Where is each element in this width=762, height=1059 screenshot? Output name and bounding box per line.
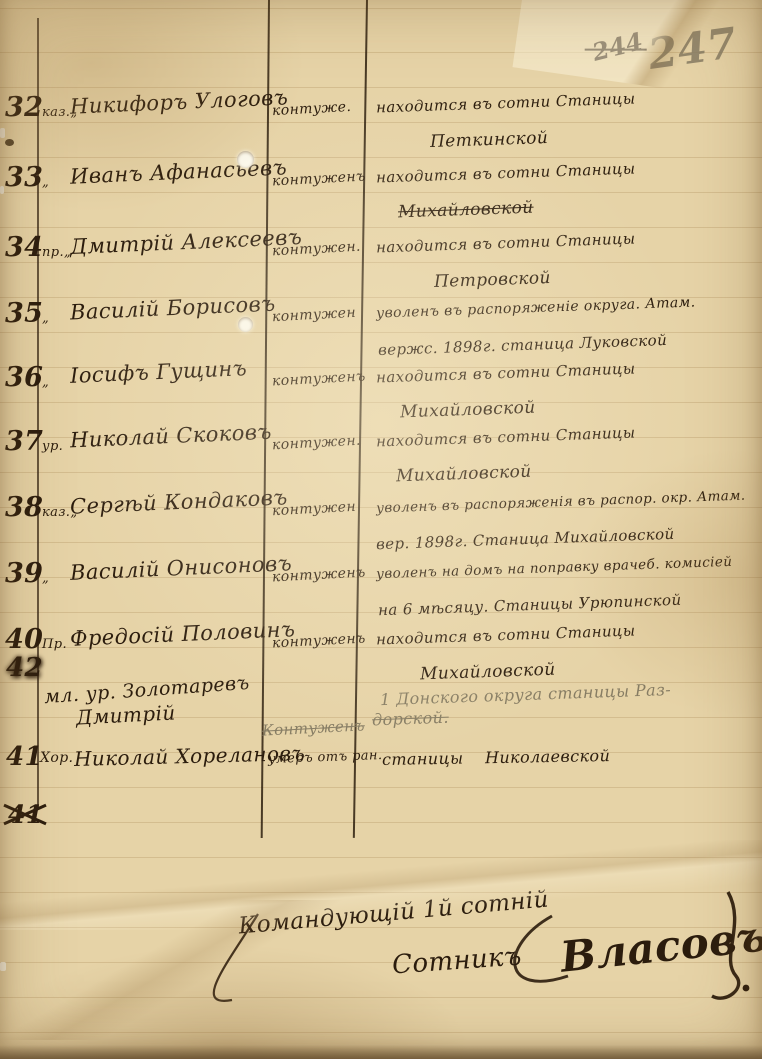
table-row: 36 „ Іосифъ Гущинъ контуженъ находится в… [0,360,762,430]
status-note: контужен [272,499,357,519]
row-number: 36 [5,362,43,393]
remark-line-1: находится въ сотни Станицы [376,423,636,450]
crossed-out-row-number: 41 [8,800,44,829]
table-row-inserted: 42 мл. ур. Золотаревъ Дмитрій Контуженъ … [0,645,762,745]
status-note: контужен [272,305,357,325]
row-number: 38 [5,492,43,523]
person-name: Василій Онисоновъ [70,551,293,585]
signature-name: Власовъ [558,911,762,981]
person-name: Сергѣй Кондаковъ [70,485,288,518]
remark-line-1: 1 Донского округа станицы Раз- [380,680,672,709]
row-number: 34 [5,232,43,263]
status-note-struck: Контуженъ [262,716,366,739]
person-name-line-2: Дмитрій [75,700,176,729]
signature-rank: Сотникъ [391,942,523,981]
table-row: 37 ур. Николай Скоковъ контужен. находит… [0,424,762,494]
row-number-smudged: 42 [6,653,43,683]
row-number: 37 [5,426,43,457]
status-note: контуженъ [272,565,366,586]
table-row: 38 каз.„ Сергѣй Кондаковъ контужен уволе… [0,490,762,560]
remark-line-2: на 6 мѣсяцу. Станицы Урюпинской [378,591,682,620]
rank-prefix: „ [42,175,49,190]
remark-line-2: Михайловской [396,462,532,487]
paper-chip [0,128,5,138]
person-name: Николай Скоковъ [70,420,273,453]
rank-prefix: „ [42,311,49,326]
hole-punch [237,151,254,168]
table-row: 34 пр.„ Дмитрій Алексеевъ контужен. нахо… [0,230,762,300]
signature-title: Командующій 1й сотній [237,886,549,939]
remark-line-1: станицы Николаевской [382,746,610,769]
remark-line-2: вер. 1898г. Станица Михайловской [376,525,675,553]
hole-punch [238,317,253,332]
rank-prefix: пр.„ [42,245,71,260]
row-number: 32 [5,92,43,123]
remark-line-1: находится въ сотни Станицы [376,359,636,386]
rank-prefix: „ [42,375,49,390]
status-note: контужен. [272,239,362,260]
remark-line-2-struck: Михайловской [398,198,534,223]
table-row: 33 „ Иванъ Афанасьевъ контуженъ находитс… [0,160,762,230]
remark-line-2: Петкинской [430,128,549,152]
page-number-ink: 244 [589,26,646,67]
person-name: Никифоръ Улоговъ [70,85,289,118]
table-row: 35 „ Василій Борисовъ контужен уволенъ в… [0,296,762,366]
status-note: контуже. [272,99,352,119]
rank-prefix: Хор. [40,750,73,766]
paper-bottom-shadow [0,1045,762,1059]
remark-line-2-struck: дорской. [372,708,449,730]
ink-blot [5,139,14,146]
remark-line-2: Петровской [434,268,552,292]
row-number: 41 [6,742,43,772]
person-name: Иванъ Афанасьевъ [70,155,288,188]
remark-line-1: находится въ сотни Станицы [376,159,636,186]
page-number-pencil: 247 [645,18,740,79]
status-note: умеръ отъ ран. [268,748,383,767]
table-row: 39 „ Василій Онисоновъ контуженъ уволенъ… [0,556,762,626]
person-name: Іосифъ Гущинъ [70,356,248,388]
status-note: контуженъ [272,369,366,390]
remark-line-1: уволенъ въ распоряженія въ распор. окр. … [376,488,746,517]
remark-line-1: уволенъ въ распоряженіе округа. Атам. [376,294,696,321]
person-name: Дмитрій Алексеевъ [70,225,303,259]
remark-line-2: Михайловской [400,398,536,423]
remark-line-1: находится въ сотни Станицы [376,229,636,256]
rank-prefix: ур. [42,439,63,454]
row-number: 35 [5,298,43,329]
table-row: 32 каз.„ Никифоръ Улоговъ контуже. наход… [0,90,762,160]
table-row: 41 Хор. Николай Хорелановъ умеръ отъ ран… [0,742,762,802]
remark-line-2: вержс. 1898г. станица Луковской [378,331,668,359]
remark-line-1: уволенъ на домъ на поправку врачеб. коми… [376,554,733,582]
status-note: контужен. [272,433,362,454]
paper-chip [0,186,4,194]
row-number: 33 [5,162,43,193]
paper-chip [0,962,6,971]
rank-prefix: „ [42,571,49,586]
row-number: 39 [5,558,43,589]
status-note: контуженъ [272,169,366,190]
scanned-document-page: 244 247 32 каз.„ Никифоръ Улоговъ контуж… [0,0,762,1059]
remark-line-1: находится въ сотни Станицы [376,89,636,116]
